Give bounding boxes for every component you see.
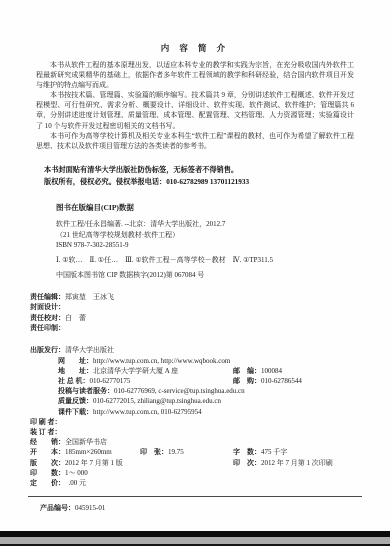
summary-paragraph-2: 本书按技术篇、管理篇、实验篇的顺序编写。技术篇共 9 章，分别讲述软件工程概述、… [36, 90, 354, 130]
pub-row: 出版发行：清华大学出版社 [30, 345, 360, 355]
cip-heading: 图书在版编目(CIP)数据 [56, 202, 360, 213]
product-number-value: 045915-01 [75, 504, 105, 512]
pub-entry: 投稿与读者服务：010-62776969, c-service@tup.tsin… [58, 387, 245, 395]
pub-entry: 社 总 机：010-62770175 [58, 377, 130, 385]
pub-entry: 网 址：http://www.tup.com.cn, http://www.wq… [58, 357, 230, 365]
staff-entry: 封面设计： [30, 303, 65, 311]
pub-row: 版 次：2012 年 7 月第 1 版印 次：2012 年 7 月第 1 次印刷 [30, 458, 360, 468]
pub-row: 质量反馈：010-62772015, zhiliang@tup.tsinghua… [30, 396, 360, 406]
staff-entry: 责任印制： [30, 324, 65, 332]
pub-entry: 印 次：2012 年 7 月第 1 次印刷 [233, 458, 333, 468]
pub-entry: 开 本：185mm×260mm [30, 448, 112, 456]
pub-row: 经 销：全国新华书店 [30, 437, 360, 447]
product-number-label: 产品编号： [40, 504, 75, 512]
pub-entry: 印 张：19.75 [140, 447, 184, 457]
staff-entry: 责任校对：白 蕾 [30, 314, 86, 322]
staff-entry: 责任编辑：郑寅堃 王冰飞 [30, 293, 114, 301]
staff-row: 责任编辑：郑寅堃 王冰飞 [30, 292, 360, 302]
pub-row: 定 价： .00 元 [30, 478, 360, 488]
staff-row: 封面设计： [30, 302, 360, 312]
content-summary-section: 内 容 简 介 本书从软件工程的基本原理出发，以适应本科专业的教学和实践为宗旨，… [0, 42, 390, 151]
pub-row: 地 址：北京清华大学学研大厦 A 座邮 编：100084 [30, 366, 360, 376]
summary-paragraph-1: 本书从软件工程的基本原理出发，以适应本科专业的教学和实践为宗旨，在充分吸收国内外… [36, 60, 354, 90]
anti-piracy-notice: 本书封面贴有清华大学出版社防伪标签，无标签者不得销售。 版权所有，侵权必究。侵权… [44, 164, 346, 189]
pub-row: 投稿与读者服务：010-62776969, c-service@tup.tsin… [30, 386, 360, 396]
cip-section: 图书在版编目(CIP)数据 软件工程/任永昌编著. --北京：清华大学出版社，2… [56, 202, 360, 281]
summary-paragraph-3: 本书可作为高等学校计算机及相关专业本科生“软件工程”课程的教材，也可作为希望了解… [36, 131, 354, 151]
product-number-line: 产品编号：045915-01 [40, 503, 390, 514]
staff-section: 责任编辑：郑寅堃 王冰飞封面设计：责任校对：白 蕾责任印制： [30, 292, 360, 334]
pub-entry: 印 刷 者： [30, 418, 62, 426]
pub-entry: 出版发行：清华大学出版社 [30, 346, 114, 354]
pub-entry: 版 次：2012 年 7 月第 1 版 [30, 459, 123, 467]
copyright-report-line: 版权所有，侵权必究。侵权举报电话：010-62782989 1370112193… [44, 176, 346, 189]
pub-row: 社 总 机：010-62770175邮 购：010-62786544 [30, 376, 360, 386]
pub-entry: 邮 购：010-62786544 [233, 376, 302, 386]
cip-registry-line: 中国版本图书馆 CIP 数据核字(2012)第 067084 号 [56, 270, 360, 281]
scan-bar-gray [0, 537, 390, 544]
pub-entry: 印 数：1～ 000 [30, 469, 88, 477]
pub-entry: 课件下载：http://www.tup.com.cn, 010-62795954 [58, 408, 202, 416]
cip-classification-line: Ⅰ. ①软… Ⅱ. ①任… Ⅲ. ①软件工程－高等学校－教材 Ⅳ. ①TP311… [56, 255, 360, 266]
pub-row: 开 本：185mm×260mm印 张：19.75字 数：475 千字 [30, 447, 360, 457]
publication-section: 出版发行：清华大学出版社网 址：http://www.tup.com.cn, h… [30, 345, 360, 488]
pub-entry: 经 销：全国新华书店 [30, 438, 107, 446]
pub-row: 装 订 者： [30, 427, 360, 437]
pub-row: 网 址：http://www.tup.com.cn, http://www.wq… [30, 356, 360, 366]
pub-entry: 地 址：北京清华大学学研大厦 A 座 [58, 367, 178, 375]
anti-piracy-line: 本书封面贴有清华大学出版社防伪标签，无标签者不得销售。 [44, 164, 346, 177]
pub-entry: 邮 编：100084 [233, 366, 282, 376]
scan-edge-bars [0, 531, 390, 546]
pub-row: 课件下载：http://www.tup.com.cn, 010-62795954 [30, 407, 360, 417]
pub-row: 印 刷 者： [30, 417, 360, 427]
summary-heading: 内 容 简 介 [0, 42, 390, 54]
book-copyright-page: 内 容 简 介 本书从软件工程的基本原理出发，以适应本科专业的教学和实践为宗旨，… [0, 0, 390, 546]
divider-rule [28, 496, 362, 497]
cip-isbn-line: ISBN 978-7-302-28551-9 [56, 240, 360, 251]
staff-row: 责任印制： [30, 323, 360, 333]
pub-entry: 质量反馈：010-62772015, zhiliang@tup.tsinghua… [58, 397, 221, 405]
cip-book-line: 软件工程/任永昌编著. --北京：清华大学出版社，2012.7 [56, 219, 360, 230]
cip-series-line: （21 世纪高等学校规划教材·软件工程） [56, 230, 360, 241]
staff-row: 责任校对：白 蕾 [30, 313, 360, 323]
pub-entry: 字 数：475 千字 [233, 447, 287, 457]
pub-entry: 定 价： .00 元 [30, 479, 86, 487]
pub-entry: 装 订 者： [30, 428, 62, 436]
pub-row: 印 数：1～ 000 [30, 468, 360, 478]
